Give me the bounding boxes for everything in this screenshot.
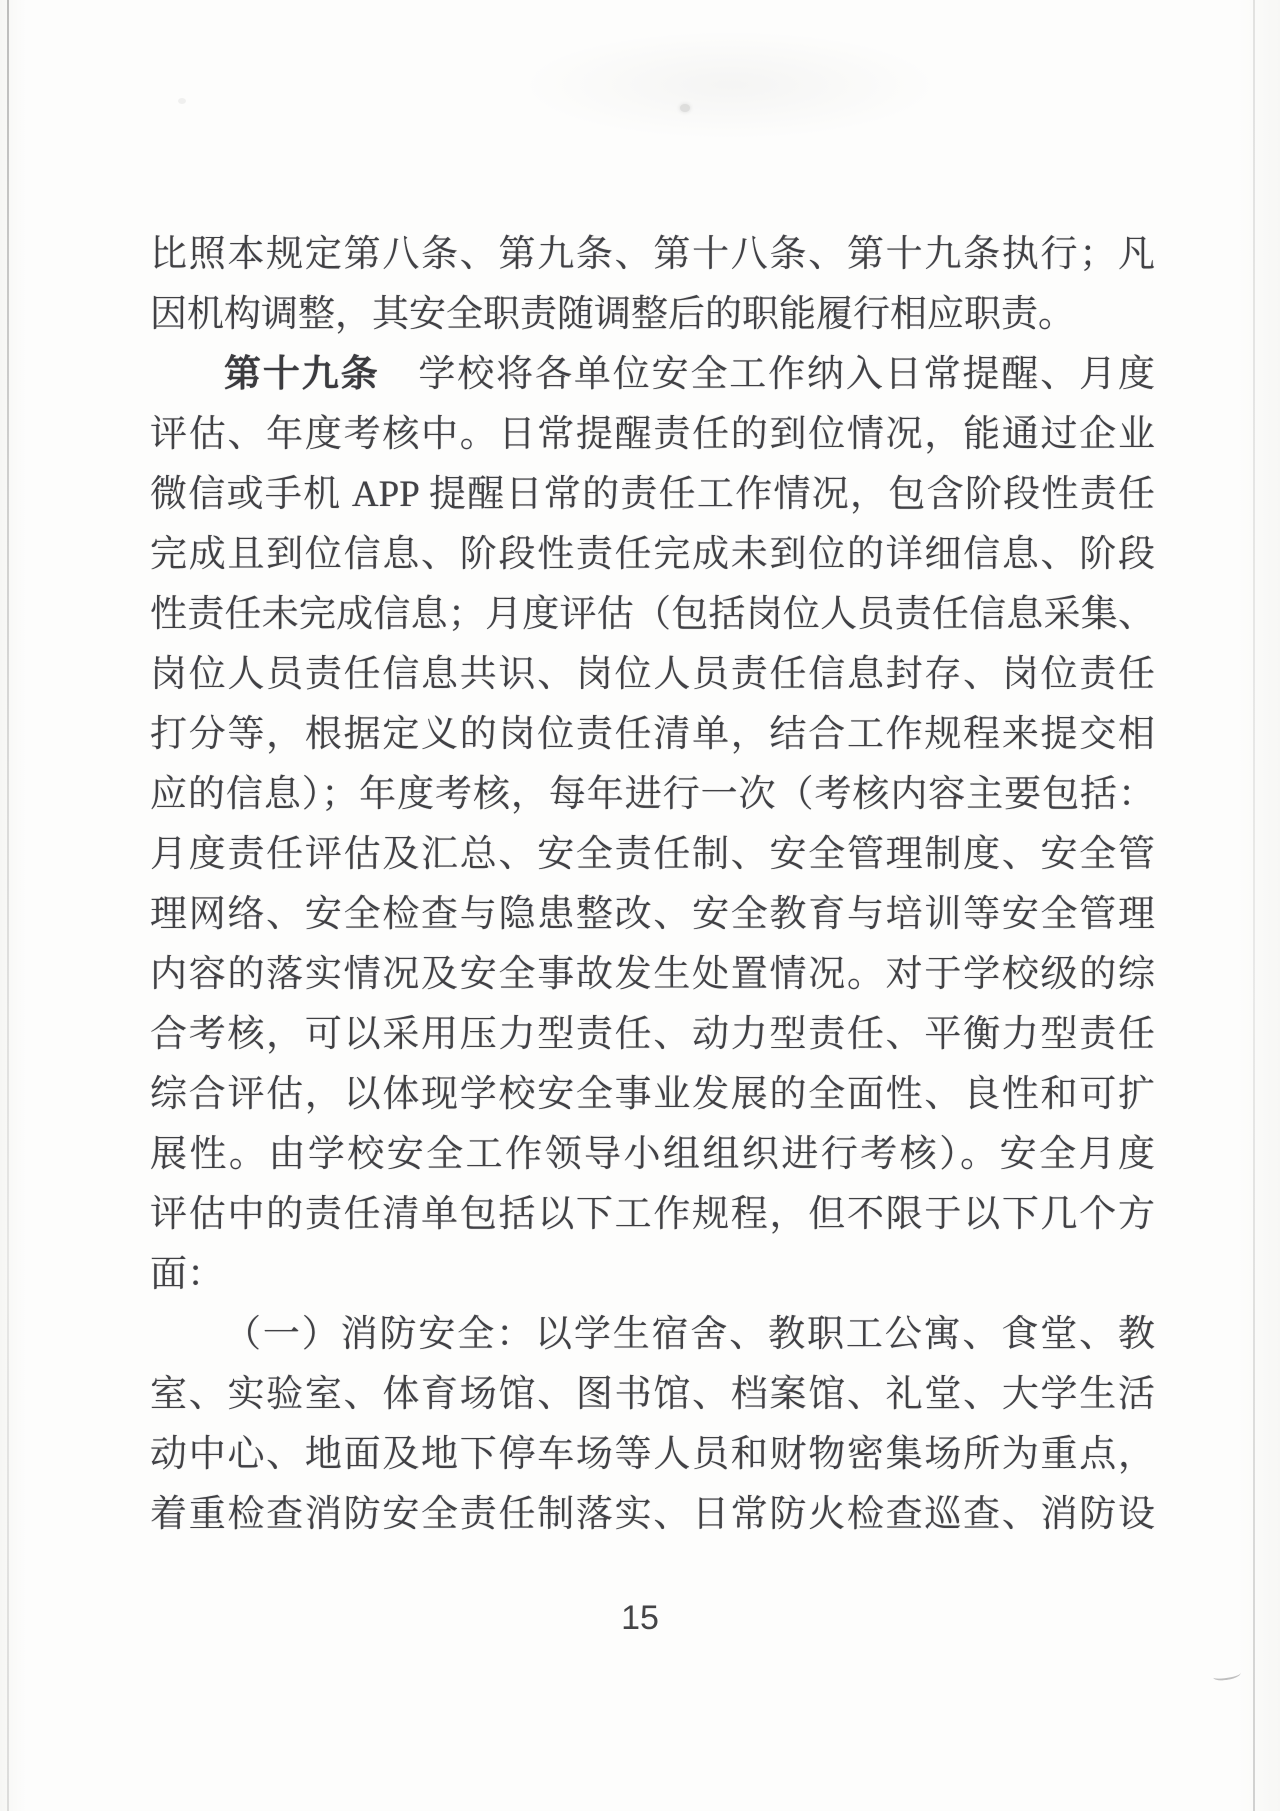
text-segment: 面： — [150, 1254, 224, 1295]
text-line: 比照本规定第八条、第九条、第十八条、第十九条执行；凡 — [150, 225, 1155, 285]
text-line: 动中心、地面及地下停车场等人员和财物密集场所为重点， — [150, 1425, 1155, 1485]
text-line: 应的信息）；年度考核，每年进行一次（考核内容主要包括： — [150, 765, 1155, 825]
text-segment: 动中心、地面及地下停车场等人员和财物密集场所为重点， — [150, 1434, 1155, 1475]
scan-dot-artifact — [178, 98, 186, 104]
text-segment: 室、实验室、体育场馆、图书馆、档案馆、礼堂、大学生活 — [150, 1374, 1155, 1415]
text-line: 室、实验室、体育场馆、图书馆、档案馆、礼堂、大学生活 — [150, 1365, 1155, 1425]
text-line: 第十九条 学校将各单位安全工作纳入日常提醒、月度 — [150, 345, 1155, 405]
text-line: 完成且到位信息、阶段性责任完成未到位的详细信息、阶段 — [150, 525, 1155, 585]
text-line: 性责任未完成信息；月度评估（包括岗位人员责任信息采集、 — [150, 585, 1155, 645]
text-segment: 微信或手机 APP 提醒日常的责任工作情况，包含阶段性责任 — [150, 474, 1155, 515]
text-segment: （一）消防安全：以学生宿舍、教职工公寓、食堂、教 — [224, 1314, 1155, 1355]
scanned-document-page: 比照本规定第八条、第九条、第十八条、第十九条执行；凡因机构调整，其安全职责随调整… — [0, 0, 1280, 1811]
page-left-edge-line — [7, 0, 9, 1811]
text-segment: 岗位人员责任信息共识、岗位人员责任信息封存、岗位责任 — [150, 654, 1155, 695]
text-segment: 综合评估，以体现学校安全事业发展的全面性、良性和可扩 — [150, 1074, 1155, 1115]
text-segment: 着重检查消防安全责任制落实、日常防火检查巡查、消防设 — [150, 1494, 1155, 1535]
text-line: 展性。由学校安全工作领导小组组织进行考核）。安全月度 — [150, 1125, 1155, 1185]
text-segment: 展性。由学校安全工作领导小组组织进行考核）。安全月度 — [150, 1134, 1155, 1175]
text-line: 着重检查消防安全责任制落实、日常防火检查巡查、消防设 — [150, 1485, 1155, 1545]
text-line: 因机构调整，其安全职责随调整后的职能履行相应职责。 — [150, 285, 1155, 345]
document-body: 比照本规定第八条、第九条、第十八条、第十九条执行；凡因机构调整，其安全职责随调整… — [150, 225, 1155, 1545]
text-line: 打分等，根据定义的岗位责任清单，结合工作规程来提交相 — [150, 705, 1155, 765]
scan-dot-artifact — [680, 104, 690, 112]
article-number-heading: 第十九条 — [224, 354, 379, 395]
page-number: 15 — [0, 1599, 1280, 1638]
text-segment: 应的信息）；年度考核，每年进行一次（考核内容主要包括： — [150, 774, 1155, 815]
text-segment: 评估中的责任清单包括以下工作规程，但不限于以下几个方 — [150, 1194, 1155, 1235]
scan-squiggle-artifact — [1213, 1669, 1242, 1682]
text-line: 评估中的责任清单包括以下工作规程，但不限于以下几个方 — [150, 1185, 1155, 1245]
text-segment: 比照本规定第八条、第九条、第十八条、第十九条执行；凡 — [150, 234, 1155, 275]
text-segment: 性责任未完成信息；月度评估（包括岗位人员责任信息采集、 — [150, 594, 1155, 635]
text-segment: 打分等，根据定义的岗位责任清单，结合工作规程来提交相 — [150, 714, 1155, 755]
text-line: （一）消防安全：以学生宿舍、教职工公寓、食堂、教 — [150, 1305, 1155, 1365]
text-segment: 学校将各单位安全工作纳入日常提醒、月度 — [379, 354, 1155, 395]
text-line: 评估、年度考核中。日常提醒责任的到位情况，能通过企业 — [150, 405, 1155, 465]
text-segment: 合考核，可以采用压力型责任、动力型责任、平衡力型责任 — [150, 1014, 1155, 1055]
text-segment: 月度责任评估及汇总、安全责任制、安全管理制度、安全管 — [150, 834, 1155, 875]
text-segment: 理网络、安全检查与隐患整改、安全教育与培训等安全管理 — [150, 894, 1155, 935]
text-segment: 因机构调整，其安全职责随调整后的职能履行相应职责。 — [150, 294, 1075, 335]
text-segment: 内容的落实情况及安全事故发生处置情况。对于学校级的综 — [150, 954, 1155, 995]
page-right-edge-line — [1253, 0, 1255, 1811]
text-line: 岗位人员责任信息共识、岗位人员责任信息封存、岗位责任 — [150, 645, 1155, 705]
text-line: 综合评估，以体现学校安全事业发展的全面性、良性和可扩 — [150, 1065, 1155, 1125]
text-segment: 评估、年度考核中。日常提醒责任的到位情况，能通过企业 — [150, 414, 1155, 455]
text-segment: 完成且到位信息、阶段性责任完成未到位的详细信息、阶段 — [150, 534, 1155, 575]
text-line: 面： — [150, 1245, 1155, 1305]
text-line: 内容的落实情况及安全事故发生处置情况。对于学校级的综 — [150, 945, 1155, 1005]
text-line: 合考核，可以采用压力型责任、动力型责任、平衡力型责任 — [150, 1005, 1155, 1065]
text-line: 微信或手机 APP 提醒日常的责任工作情况，包含阶段性责任 — [150, 465, 1155, 525]
text-line: 理网络、安全检查与隐患整改、安全教育与培训等安全管理 — [150, 885, 1155, 945]
scan-smudge — [520, 30, 940, 140]
text-line: 月度责任评估及汇总、安全责任制、安全管理制度、安全管 — [150, 825, 1155, 885]
